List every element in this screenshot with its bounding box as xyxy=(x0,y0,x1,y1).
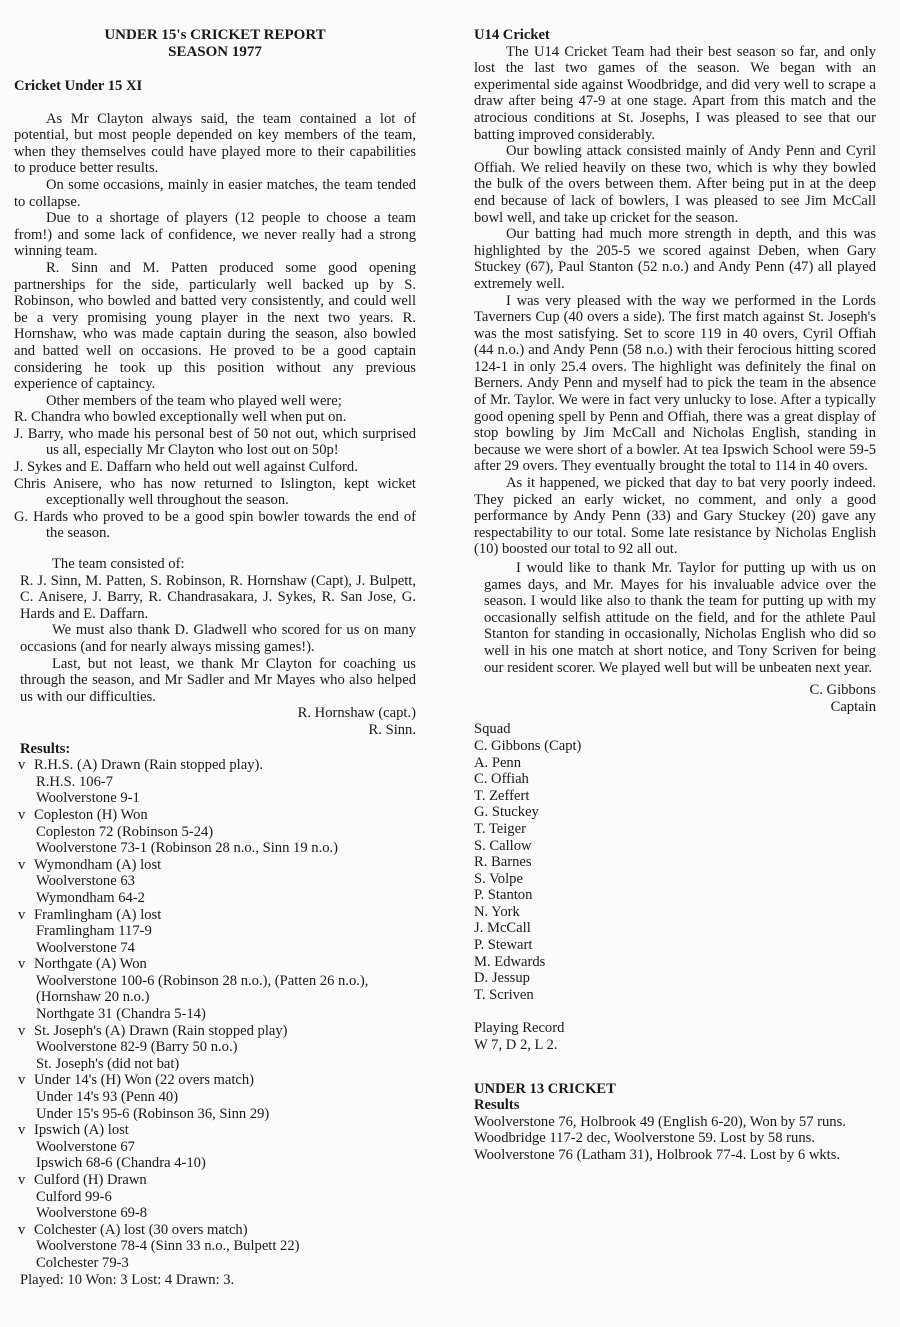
match-title: Copleston (H) Won xyxy=(34,807,148,823)
match-title: Northgate (A) Won xyxy=(34,956,147,972)
match-title: Ipswich (A) lost xyxy=(34,1122,129,1138)
u14-paragraph: I was very pleased with the way we perfo… xyxy=(474,293,876,476)
u14-paragraph: Our bowling attack consisted mainly of A… xyxy=(474,143,876,226)
u13-heading: UNDER 13 CRICKET xyxy=(474,1081,876,1098)
squad-member: J. McCall xyxy=(474,920,876,937)
match-score-line: Culford 99-6 xyxy=(14,1189,416,1206)
result-match: vWymondham (A) lost xyxy=(14,857,416,874)
playing-record: Playing Record W 7, D 2, L 2. xyxy=(474,1020,876,1053)
thanks-paragraph: We must also thank D. Gladwell who score… xyxy=(14,622,416,655)
result-match: vCopleston (H) Won xyxy=(14,807,416,824)
match-score-line: Northgate 31 (Chandra 5-14) xyxy=(14,1006,416,1023)
match-score-line: R.H.S. 106-7 xyxy=(14,774,416,791)
u13-result: Woodbridge 117-2 dec, Woolverstone 59. L… xyxy=(474,1130,876,1147)
squad-member: M. Edwards xyxy=(474,954,876,971)
match-score-line: Woolverstone 73-1 (Robinson 28 n.o., Sin… xyxy=(14,840,416,857)
match-title: Under 14's (H) Won (22 overs match) xyxy=(34,1072,254,1088)
squad-member: C. Gibbons (Capt) xyxy=(474,738,876,755)
signoff-role: Captain xyxy=(474,699,876,716)
match-title: R.H.S. (A) Drawn (Rain stopped play). xyxy=(34,757,263,773)
u15-paragraph: As Mr Clayton always said, the team cont… xyxy=(14,111,416,177)
squad-member: P. Stewart xyxy=(474,937,876,954)
player-mention: R. Chandra who bowled exceptionally well… xyxy=(14,409,416,426)
match-score-line: Wymondham 64-2 xyxy=(14,890,416,907)
result-match: vNorthgate (A) Won xyxy=(14,956,416,973)
u15-paragraph: R. Sinn and M. Patten produced some good… xyxy=(14,260,416,393)
versus-marker: v xyxy=(14,1072,34,1089)
result-match: vColchester (A) lost (30 overs match) xyxy=(14,1222,416,1239)
u13-subheading: Results xyxy=(474,1097,876,1114)
squad-member: P. Stanton xyxy=(474,887,876,904)
report-title: UNDER 15's CRICKET REPORT SEASON 1977 xyxy=(14,27,416,61)
match-score-line: Colchester 79-3 xyxy=(14,1255,416,1272)
result-match: vUnder 14's (H) Won (22 overs match) xyxy=(14,1072,416,1089)
result-match: vR.H.S. (A) Drawn (Rain stopped play). xyxy=(14,757,416,774)
match-score-line: Framlingham 117-9 xyxy=(14,923,416,940)
match-score-line: Woolverstone 69-8 xyxy=(14,1205,416,1222)
signoff-cocaptain: R. Sinn. xyxy=(14,722,416,739)
match-title: St. Joseph's (A) Drawn (Rain stopped pla… xyxy=(34,1023,288,1039)
match-score-line: Ipswich 68-6 (Chandra 4-10) xyxy=(14,1155,416,1172)
versus-marker: v xyxy=(14,907,34,924)
match-score-line: St. Joseph's (did not bat) xyxy=(14,1056,416,1073)
u14-heading: U14 Cricket xyxy=(474,27,876,44)
playing-record-value: W 7, D 2, L 2. xyxy=(474,1037,876,1054)
versus-marker: v xyxy=(14,1122,34,1139)
match-title: Framlingham (A) lost xyxy=(34,907,161,923)
match-score-line: Woolverstone 9-1 xyxy=(14,790,416,807)
match-score-line: Woolverstone 100-6 (Robinson 28 n.o.), (… xyxy=(14,973,416,1006)
match-score-line: Copleston 72 (Robinson 5-24) xyxy=(14,824,416,841)
squad-member: S. Callow xyxy=(474,838,876,855)
match-title: Wymondham (A) lost xyxy=(34,857,161,873)
signoff-captain: R. Hornshaw (capt.) xyxy=(14,705,416,722)
results-list: vR.H.S. (A) Drawn (Rain stopped play).R.… xyxy=(14,757,416,1271)
match-score-line: Woolverstone 63 xyxy=(14,873,416,890)
result-match: vSt. Joseph's (A) Drawn (Rain stopped pl… xyxy=(14,1023,416,1040)
team-intro: The team consisted of: xyxy=(14,556,416,573)
u14-paragraph: The U14 Cricket Team had their best seas… xyxy=(474,44,876,144)
squad-heading: Squad xyxy=(474,721,876,738)
result-match: vFramlingham (A) lost xyxy=(14,907,416,924)
u14-paragraph: As it happened, we picked that day to ba… xyxy=(474,475,876,558)
team-list: R. J. Sinn, M. Patten, S. Robinson, R. H… xyxy=(14,573,416,623)
report-title-line2: SEASON 1977 xyxy=(14,44,416,61)
player-mention: G. Hards who proved to be a good spin bo… xyxy=(14,509,416,542)
squad-section: Squad C. Gibbons (Capt)A. PennC. OffiahT… xyxy=(474,721,876,1003)
versus-marker: v xyxy=(14,807,34,824)
versus-marker: v xyxy=(14,857,34,874)
thanks-paragraph: Last, but not least, we thank Mr Clayton… xyxy=(14,656,416,706)
match-title: Colchester (A) lost (30 overs match) xyxy=(34,1222,248,1238)
player-mention: J. Barry, who made his personal best of … xyxy=(14,426,416,459)
signoff-name: C. Gibbons xyxy=(474,682,876,699)
match-score-line: Under 14's 93 (Penn 40) xyxy=(14,1089,416,1106)
versus-marker: v xyxy=(14,956,34,973)
squad-member: D. Jessup xyxy=(474,970,876,987)
squad-member: T. Teiger xyxy=(474,821,876,838)
u15-paragraph: Other members of the team who played wel… xyxy=(14,393,416,410)
left-column: UNDER 15's CRICKET REPORT SEASON 1977 Cr… xyxy=(14,0,416,1288)
match-title: Culford (H) Drawn xyxy=(34,1172,147,1188)
u13-result: Woolverstone 76 (Latham 31), Holbrook 77… xyxy=(474,1147,876,1164)
match-score-line: Woolverstone 67 xyxy=(14,1139,416,1156)
player-mentions: R. Chandra who bowled exceptionally well… xyxy=(14,409,416,542)
player-mention: Chris Anisere, who has now returned to I… xyxy=(14,476,416,509)
u15-paragraph: Due to a shortage of players (12 people … xyxy=(14,210,416,260)
result-match: vIpswich (A) lost xyxy=(14,1122,416,1139)
squad-member: A. Penn xyxy=(474,755,876,772)
season-summary: Played: 10 Won: 3 Lost: 4 Drawn: 3. xyxy=(14,1272,416,1289)
squad-list: C. Gibbons (Capt)A. PennC. OffiahT. Zeff… xyxy=(474,738,876,1004)
playing-record-heading: Playing Record xyxy=(474,1020,876,1037)
versus-marker: v xyxy=(14,757,34,774)
result-match: vCulford (H) Drawn xyxy=(14,1172,416,1189)
squad-member: T. Scriven xyxy=(474,987,876,1004)
results-heading: Results: xyxy=(14,741,416,758)
squad-member: N. York xyxy=(474,904,876,921)
squad-member: R. Barnes xyxy=(474,854,876,871)
u14-paragraph: Our batting had much more strength in de… xyxy=(474,226,876,292)
squad-member: C. Offiah xyxy=(474,771,876,788)
versus-marker: v xyxy=(14,1023,34,1040)
report-title-line1: UNDER 15's CRICKET REPORT xyxy=(14,27,416,44)
u13-results-list: Woolverstone 76, Holbrook 49 (English 6-… xyxy=(474,1114,876,1164)
versus-marker: v xyxy=(14,1222,34,1239)
match-score-line: Woolverstone 74 xyxy=(14,940,416,957)
match-score-line: Woolverstone 78-4 (Sinn 33 n.o., Bulpett… xyxy=(14,1238,416,1255)
u15-paragraph: On some occasions, mainly in easier matc… xyxy=(14,177,416,210)
player-mention: J. Sykes and E. Daffarn who held out wel… xyxy=(14,459,416,476)
match-score-line: Woolverstone 82-9 (Barry 50 n.o.) xyxy=(14,1039,416,1056)
squad-member: G. Stuckey xyxy=(474,804,876,821)
u14-thanks: I would like to thank Mr. Taylor for put… xyxy=(474,560,876,676)
squad-member: S. Volpe xyxy=(474,871,876,888)
versus-marker: v xyxy=(14,1172,34,1189)
squad-member: T. Zeffert xyxy=(474,788,876,805)
u13-result: Woolverstone 76, Holbrook 49 (English 6-… xyxy=(474,1114,876,1131)
match-score-line: Under 15's 95-6 (Robinson 36, Sinn 29) xyxy=(14,1106,416,1123)
u15-subheading: Cricket Under 15 XI xyxy=(14,78,416,95)
right-column: U14 Cricket The U14 Cricket Team had the… xyxy=(474,0,876,1164)
